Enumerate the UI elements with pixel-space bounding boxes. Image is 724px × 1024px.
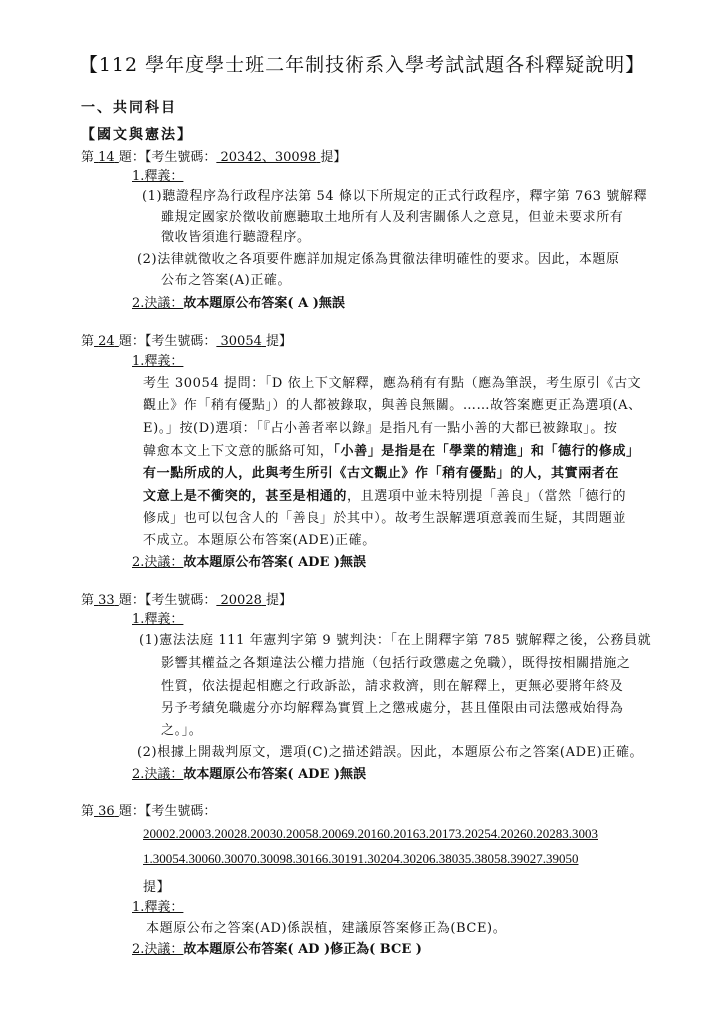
explain-line: 有一點所成的人，此與考生所引《古文觀止》作「稍有優點」的人，其實兩者在 [143,462,619,481]
question-suffix: 提】 [143,876,170,895]
explain-line: (2)法律就徵收之各項要件應詳加規定係為貫徹法律明確性的要求。因此，本題原 [137,248,620,267]
explain-label: 1.釋義： [132,165,183,184]
explain-line: 另予考績免職處分亦均解釋為實質上之懲戒處分，甚且僅限由司法懲戒始得為 [161,697,623,716]
explain-line: 之。」。 [161,719,202,738]
question-prefix: 第 [81,593,94,608]
question-prefix: 第 [81,150,94,165]
decision-label: 2.決議： [132,767,183,782]
explain-line: (1)憲法法庭 111 年憲判字第 9 號判決：「在上開釋字第 785 號解釋之… [139,629,651,648]
examinee-ids: 30054 [216,334,266,349]
question-suffix: 提】 [266,334,292,349]
examinee-ids-line: 20002.20003.20028.20030.20058.20069.2016… [143,826,598,842]
decision-text: 故本題原公布答案( ADE )無誤 [183,555,366,570]
explain-label: 1.釋義： [132,350,183,369]
question-suffix: 提】 [320,150,346,165]
question-number: 36 [94,804,119,819]
explain-line: 雖規定國家於徵收前應聽取土地所有人及利害關係人之意見，但並未要求所有 [161,206,623,225]
decision-label: 2.決議： [132,555,183,570]
question-suffix: 提】 [266,593,292,608]
text-run: ，且選項中並未特別提「善良」（當然「德行的 [347,489,626,504]
question-header-24: 第 24 題：【考生號碼： 30054 提】 [81,330,292,349]
decision-line: 2.決議：故本題原公布答案( ADE )無誤 [132,551,366,570]
explain-line: 考生 30054 提問：「D 依上下文解釋，應為稍有有點（應為筆誤，考生原引《古… [143,372,641,391]
question-header-14: 第 14 題：【考生號碼： 20342、30098 提】 [81,146,346,165]
explain-line: 性質，依法提起相應之行政訴訟，請求救濟，則在解釋上，更無必要將年終及 [161,675,623,694]
explain-line: 韓愈本文上下文意的脈絡可知，「小善」是指是在「學業的精進」和「德行的修成」 [143,440,640,459]
decision-text: 故本題原公布答案( ADE )無誤 [183,767,366,782]
explain-line: 文意上是不衝突的，甚至是相通的，且選項中並未特別提「善良」（當然「德行的 [143,485,626,504]
explain-line: 不成立。本題原公布答案(ADE)正確。 [143,529,376,548]
question-number: 14 [94,150,119,165]
decision-line: 2.決議：故本題原公布答案( A )無誤 [132,292,345,311]
explain-label: 1.釋義： [132,896,183,915]
question-mid: 題：【考生號碼： [119,593,217,608]
decision-label: 2.決議： [132,296,183,311]
explain-line: (1)聽證程序為行政程序法第 54 條以下所規定的正式行政程序，釋字第 763 … [142,185,647,204]
question-prefix: 第 [81,334,94,349]
explain-line: E)。」按(D)選項：「『占小善者率以錄』是指凡有一點小善的大都已被錄取」。按 [143,417,618,436]
decision-label: 2.決議： [132,942,183,957]
examinee-ids-line: 1.30054.30060.30070.30098.30166.30191.30… [143,851,579,867]
subject-heading: 【國文與憲法】 [81,124,193,144]
text-run: 韓愈本文上下文意的脈絡可知， [143,444,333,459]
question-mid: 題：【考生號碼： [119,150,217,165]
question-number: 24 [94,334,119,349]
decision-line: 2.決議：故本題原公布答案( AD )修正為( BCE ) [132,938,422,957]
bold-run: 文意上是不衝突的，甚至是相通的 [143,489,347,504]
bold-run: 「小善」是指是在「學業的精進」和「德行的修成」 [333,444,639,459]
explain-line: 影響其權益之各類違法公權力措施（包括行政懲處之免職），既得按相關措施之 [161,652,631,671]
explain-line: 本題原公布之答案(AD)係誤植，建議原答案修正為(BCE)。 [146,917,506,936]
decision-text: 故本題原公布答案( AD )修正為( BCE ) [183,942,422,957]
question-header-33: 第 33 題：【考生號碼： 20028 提】 [81,589,292,608]
decision-line: 2.決議：故本題原公布答案( ADE )無誤 [132,763,366,782]
question-number: 33 [94,593,119,608]
explain-line: 徵收皆須進行聽證程序。 [161,226,311,245]
question-header-36: 第 36 題：【考生號碼： [81,800,216,819]
decision-text: 故本題原公布答案( A )無誤 [183,296,344,311]
explain-label: 1.釋義： [132,608,183,627]
examinee-ids: 20028 [216,593,266,608]
question-prefix: 第 [81,804,94,819]
section-heading: 一、共同科目 [81,97,177,117]
document-title: 【112 學年度學士班二年制技術系入學考試試題各科釋疑說明】 [0,50,724,77]
question-mid: 題：【考生號碼： [119,804,217,819]
examinee-ids: 20342、30098 [216,150,320,165]
explain-line: 觀止》作「稍有優點」）的人都被錄取，與善良無關。……故答案應更正為選項(A、 [143,394,642,413]
document-page: 【112 學年度學士班二年制技術系入學考試試題各科釋疑說明】 一、共同科目 【國… [0,0,724,1024]
explain-line: (2)根據上開裁判原文，選項(C)之描述錯誤。因此，本題原公布之答案(ADE)正… [137,741,643,760]
explain-line: 修成」也可以包含人的「善良」於其中）。故考生誤解選項意義而生疑，其問題並 [143,507,626,526]
explain-line: 公布之答案(A)正確。 [161,269,291,288]
question-mid: 題：【考生號碼： [119,334,217,349]
